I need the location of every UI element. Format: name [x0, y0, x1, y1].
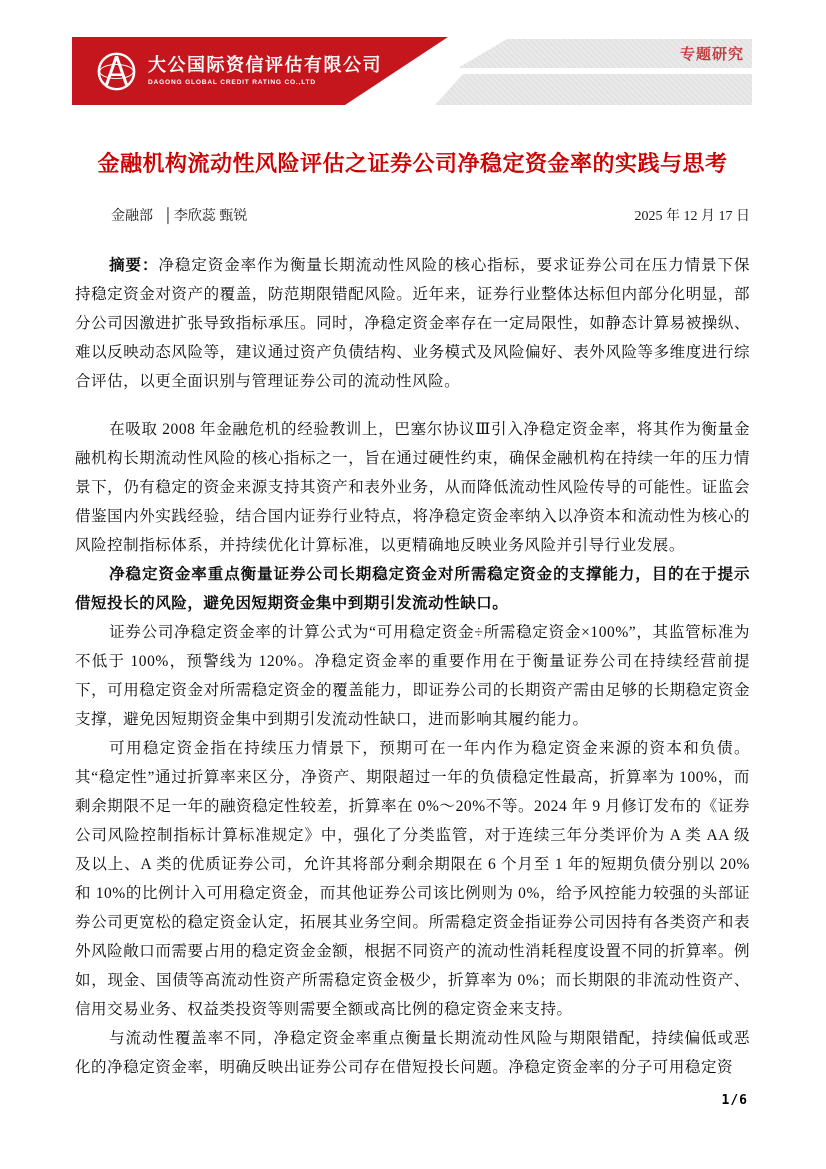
publish-date: 2025 年 12 月 17 日 [635, 205, 751, 225]
abstract-paragraph: 摘要：净稳定资金率作为衡量长期流动性风险的核心指标，要求证券公司在压力情景下保持… [75, 251, 750, 396]
report-category-label: 专题研究 [680, 43, 744, 64]
abstract-label: 摘要： [109, 257, 158, 274]
paragraph-2-bold: 净稳定资金率重点衡量证券公司长期稳定资金对所需稳定资金的支撑能力，目的在于提示借… [75, 560, 750, 618]
article-body: 金融机构流动性风险评估之证券公司净稳定资金率的实践与思考 金融部│李欣蕊 甄锐 … [75, 147, 750, 1082]
company-name-en: DAGONG GLOBAL CREDIT RATING CO.,LTD [148, 79, 382, 86]
department-label: 金融部 [111, 209, 153, 224]
authors-names: 李欣蕊 甄锐 [174, 209, 248, 224]
paragraph-4: 可用稳定资金指在持续压力情景下，预期可在一年内作为稳定资金来源的资本和负债。其“… [75, 734, 750, 1024]
header-red-banner: 大公国际资信评估有限公司 DAGONG GLOBAL CREDIT RATING… [72, 37, 448, 105]
page-number-indicator: 1/6 [722, 1093, 748, 1108]
document-page: 大公国际资信评估有限公司 DAGONG GLOBAL CREDIT RATING… [0, 0, 826, 1169]
paragraph-1: 在吸取 2008 年金融危机的经验教训上，巴塞尔协议Ⅲ引入净稳定资金率，将其作为… [75, 415, 750, 560]
byline-row: 金融部│李欣蕊 甄锐 2025 年 12 月 17 日 [75, 205, 750, 225]
dagong-logo-icon [96, 51, 137, 92]
header-gray-band-bottom [435, 74, 752, 105]
company-name-zh: 大公国际资信评估有限公司 [148, 56, 382, 76]
paragraph-5: 与流动性覆盖率不同，净稳定资金率重点衡量长期流动性风险与期限错配，持续偏低或恶化… [75, 1024, 750, 1082]
paragraph-3: 证券公司净稳定资金率的计算公式为“可用稳定资金÷所需稳定资金×100%”，其监管… [75, 618, 750, 734]
byline-separator: │ [163, 209, 173, 224]
company-name-block: 大公国际资信评估有限公司 DAGONG GLOBAL CREDIT RATING… [148, 56, 382, 86]
abstract-text: 净稳定资金率作为衡量长期流动性风险的核心指标，要求证券公司在压力情景下保持稳定资… [75, 257, 750, 390]
article-title: 金融机构流动性风险评估之证券公司净稳定资金率的实践与思考 [75, 147, 750, 180]
byline-authors: 金融部│李欣蕊 甄锐 [75, 205, 247, 225]
header-gray-band-top: 专题研究 [458, 39, 752, 68]
